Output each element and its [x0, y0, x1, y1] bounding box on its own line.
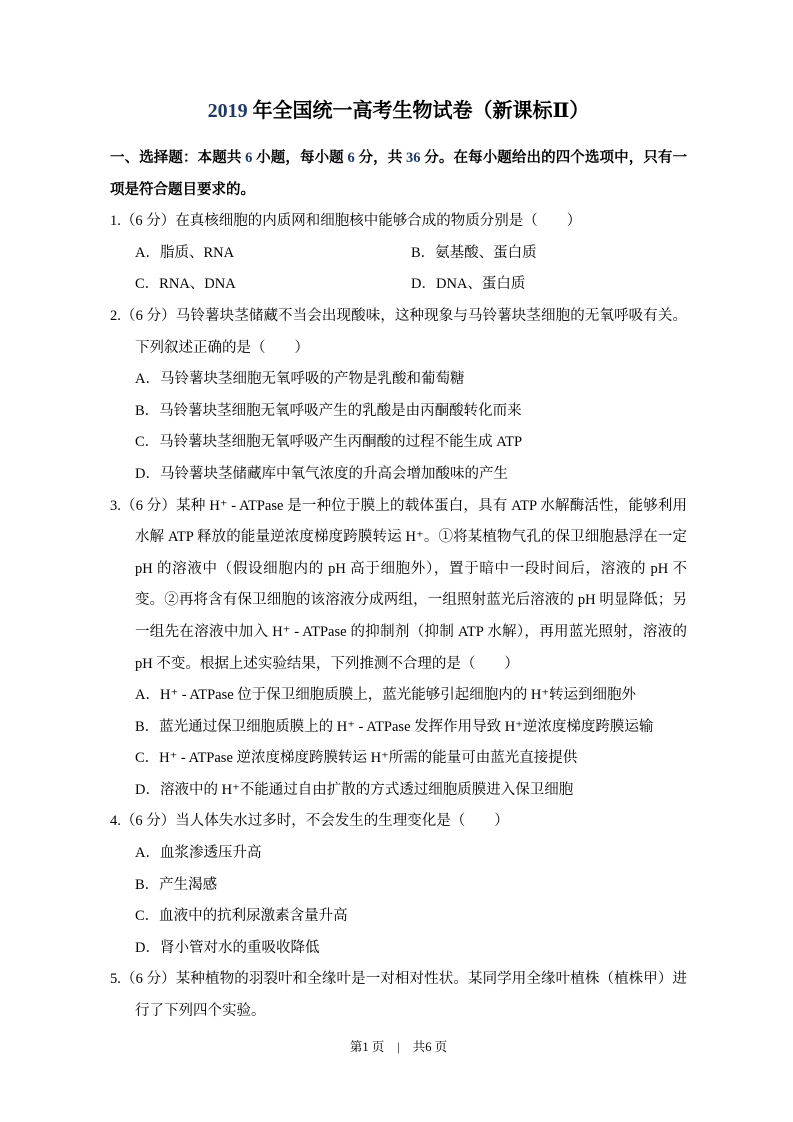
section-text: 一、选择题：本题共: [110, 150, 245, 166]
question-4-number: 4.（6 分）: [110, 813, 175, 829]
option-c: C．H⁺ - ATPase 逆浓度梯度跨膜转运 H⁺所需的能量可由蓝光直接提供: [135, 743, 687, 775]
option-a: A．H⁺ - ATPase 位于保卫细胞质膜上，蓝光能够引起细胞内的 H⁺转运到…: [135, 680, 687, 712]
question-4-options: A．血浆渗透压升高 B．产生渴感 C．血液中的抗利尿激素含量升高 D．肾小管对水…: [110, 838, 687, 964]
question-3: 3.（6 分）某种 H⁺ - ATPase 是一种位于膜上的载体蛋白，具有 AT…: [110, 491, 687, 807]
option-b: B．氨基酸、蛋白质: [411, 238, 687, 270]
question-3-text: 某种 H⁺ - ATPase 是一种位于膜上的载体蛋白，具有 ATP 水解酶活性…: [135, 498, 687, 672]
question-2-text: 马铃薯块茎储藏不当会出现酸味，这种现象与马铃薯块茎细胞的无氧呼吸有关。下列叙述正…: [135, 308, 687, 356]
question-2-stem: 2.（6 分）马铃薯块茎储藏不当会出现酸味，这种现象与马铃薯块茎细胞的无氧呼吸有…: [110, 301, 687, 364]
question-1-options: A．脂质、RNA B．氨基酸、蛋白质 C．RNA、DNA D．DNA、蛋白质: [110, 238, 687, 301]
option-b: B．蓝光通过保卫细胞质膜上的 H⁺ - ATPase 发挥作用导致 H⁺逆浓度梯…: [135, 712, 687, 744]
option-a: A．马铃薯块茎细胞无氧呼吸的产物是乳酸和葡萄糖: [135, 364, 687, 396]
question-1-number: 1.（6 分）: [110, 213, 175, 229]
question-5: 5.（6 分）某种植物的羽裂叶和全缘叶是一对相对性状。某同学用全缘叶植株（植株甲…: [110, 964, 687, 1027]
question-4-text: 当人体失水过多时，不会发生的生理变化是（ ）: [175, 813, 509, 829]
option-d: D．DNA、蛋白质: [411, 269, 687, 301]
question-2-number: 2.（6 分）: [110, 308, 176, 324]
question-2: 2.（6 分）马铃薯块茎储藏不当会出现酸味，这种现象与马铃薯块茎细胞的无氧呼吸有…: [110, 301, 687, 491]
section-text: 分，共: [355, 150, 406, 166]
question-1-stem: 1.（6 分）在真核细胞的内质网和细胞核中能够合成的物质分别是（ ）: [110, 206, 687, 238]
option-c: C．RNA、DNA: [135, 269, 411, 301]
question-3-number: 3.（6 分）: [110, 498, 176, 514]
question-5-text: 某种植物的羽裂叶和全缘叶是一对相对性状。某同学用全缘叶植株（植株甲）进行了下列四…: [135, 971, 687, 1019]
title-text: 年全国统一高考生物试卷（新课标Ⅱ）: [248, 100, 590, 122]
question-4-stem: 4.（6 分）当人体失水过多时，不会发生的生理变化是（ ）: [110, 806, 687, 838]
question-5-number: 5.（6 分）: [110, 971, 176, 987]
question-5-stem: 5.（6 分）某种植物的羽裂叶和全缘叶是一对相对性状。某同学用全缘叶植株（植株甲…: [110, 964, 687, 1027]
section-points-total: 36: [406, 150, 421, 166]
option-c: C．血液中的抗利尿激素含量升高: [135, 901, 687, 933]
option-a: A．血浆渗透压升高: [135, 838, 687, 870]
option-d: D．溶液中的 H⁺不能通过自由扩散的方式透过细胞质膜进入保卫细胞: [135, 775, 687, 807]
question-3-options: A．H⁺ - ATPase 位于保卫细胞质膜上，蓝光能够引起细胞内的 H⁺转运到…: [110, 680, 687, 806]
question-2-options: A．马铃薯块茎细胞无氧呼吸的产物是乳酸和葡萄糖 B．马铃薯块茎细胞无氧呼吸产生的…: [110, 364, 687, 490]
question-1-text: 在真核细胞的内质网和细胞核中能够合成的物质分别是（ ）: [175, 213, 581, 229]
section-text: 小题，每小题: [252, 150, 347, 166]
exam-paper-page: 2019 年全国统一高考生物试卷（新课标Ⅱ） 一、选择题：本题共 6 小题，每小…: [0, 0, 793, 1122]
option-c: C．马铃薯块茎细胞无氧呼吸产生丙酮酸的过程不能生成 ATP: [135, 427, 687, 459]
option-b: B．产生渴感: [135, 870, 687, 902]
title-year: 2019: [208, 100, 248, 122]
question-3-stem: 3.（6 分）某种 H⁺ - ATPase 是一种位于膜上的载体蛋白，具有 AT…: [110, 491, 687, 681]
footer-current-page: 第1 页: [350, 1040, 384, 1054]
question-1: 1.（6 分）在真核细胞的内质网和细胞核中能够合成的物质分别是（ ） A．脂质、…: [110, 206, 687, 301]
footer-separator: |: [397, 1040, 400, 1054]
footer-total-pages: 共6 页: [413, 1040, 447, 1054]
page-title: 2019 年全国统一高考生物试卷（新课标Ⅱ）: [110, 95, 687, 127]
option-a: A．脂质、RNA: [135, 238, 411, 270]
question-4: 4.（6 分）当人体失水过多时，不会发生的生理变化是（ ） A．血浆渗透压升高 …: [110, 806, 687, 964]
section-points-each: 6: [348, 150, 355, 166]
option-d: D．马铃薯块茎储藏库中氧气浓度的升高会增加酸味的产生: [135, 459, 687, 491]
section-header: 一、选择题：本题共 6 小题，每小题 6 分，共 36 分。在每小题给出的四个选…: [110, 143, 687, 206]
option-b: B．马铃薯块茎细胞无氧呼吸产生的乳酸是由丙酮酸转化而来: [135, 396, 687, 428]
page-footer: 第1 页|共6 页: [110, 1034, 687, 1060]
option-d: D．肾小管对水的重吸收降低: [135, 933, 687, 965]
